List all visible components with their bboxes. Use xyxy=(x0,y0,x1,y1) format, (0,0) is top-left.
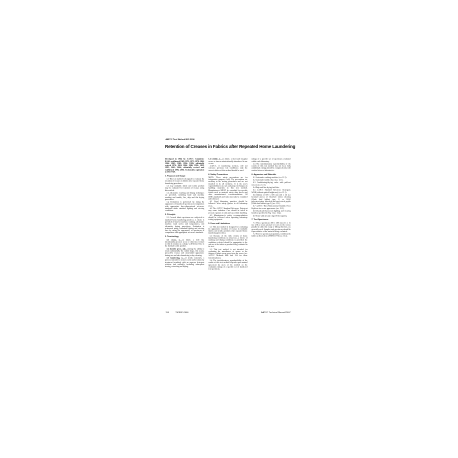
column-2: 3.4 wrinkle, n.—in fabric, a short and i… xyxy=(208,158,247,308)
document-canvas: AATCC Test Method 88C-2006 Retention of … xyxy=(0,0,458,458)
paragraph: 4.3 Manufacturer's safety recommendation… xyxy=(208,214,247,220)
document-page: AATCC Test Method 88C-2006 Retention of … xyxy=(165,138,291,317)
paragraph: 4.1 Good laboratory practices should be … xyxy=(208,200,247,206)
paragraph: 4.2 The AATCC Standard Reference Deterge… xyxy=(208,207,247,213)
paragraph: 5.3 This test method is not intended for… xyxy=(208,248,247,259)
section-heading: 3. Terminology xyxy=(165,236,204,238)
paragraph: 3.4 wrinkle, n.—in fabric, a short and i… xyxy=(208,158,247,164)
section-heading: 6. Apparatus and Materials xyxy=(252,173,291,175)
paragraph: 6.3 Conditioning/drying racks with pull-… xyxy=(252,182,291,186)
paragraph: 1.2 Any washable fabric and textile prod… xyxy=(165,185,204,191)
paragraph: 7.1 Three specimens 380 x 380 mm (15 x 1… xyxy=(252,222,291,233)
paragraph: Developed in 1964 by AATCC Committee RA6… xyxy=(165,158,204,173)
defined-term: 3.4 wrinkle, n.— xyxy=(208,158,222,160)
column-1: Developed in 1964 by AATCC Committee RA6… xyxy=(165,158,204,308)
paragraph: 7.2 Prior to specimen preparation, condi… xyxy=(252,233,291,237)
defined-term: 3.2 durable press, adj.— xyxy=(167,247,188,249)
paragraph: 6.6 Ballast of 920 x 920 mm (36 x 36 in.… xyxy=(252,194,291,205)
paragraph: 5.2 Because of the wide variety of home … xyxy=(208,235,247,248)
text-columns: Developed in 1964 by AATCC Committee RA6… xyxy=(165,158,291,308)
page-title: Retention of Creases in Fabrics after Re… xyxy=(165,144,291,149)
document-footer: 114 TM 88C-2006 AATCC Technical Manual/2… xyxy=(165,311,291,314)
paragraph: AATCC, if considering revision, will not… xyxy=(208,165,247,171)
footer-page-number: 114 xyxy=(166,311,169,314)
paragraph: 1.4 Evaluation is performed by rating th… xyxy=(165,201,204,212)
section-heading: 2. Principle xyxy=(165,213,204,215)
paragraph: 1.3 Alternative washing and drying techn… xyxy=(165,192,204,201)
paragraph: 5.4 The interlaboratory reproducibility … xyxy=(208,259,247,270)
section-heading: 1. Purpose and Scope xyxy=(165,175,204,177)
paragraph: 6.9 Scale with at least 5 kg (10 lb) cap… xyxy=(252,215,291,217)
defined-term: 3.3 laundering, n.— xyxy=(167,257,185,259)
section-heading: 4. Safety Precautions xyxy=(208,173,247,175)
paragraph: 3.2 durable press, adj.—having the abili… xyxy=(165,248,204,257)
footer-doc-number: TM 88C-2006 xyxy=(175,311,188,314)
paragraph: 5.5 The interlaboratory reproducibility … xyxy=(252,163,291,172)
paragraph: 3.1 crease, n.—in fabric, a fold line in… xyxy=(165,239,204,248)
footer-manual-title: AATCC Technical Manual/2007 xyxy=(261,311,290,314)
paragraph: 3.3 laundering, n.—of textile materials,… xyxy=(165,257,204,268)
column-3: ratings of a specific set of specimens e… xyxy=(252,158,291,308)
paragraph: 2.1 Creased fabric specimens are subject… xyxy=(165,217,204,234)
defined-term: 3.1 crease, n.— xyxy=(167,238,183,240)
paragraph: NOTE: These safety precautions are for i… xyxy=(208,176,247,200)
section-heading: 5. Uses and Limitations xyxy=(208,223,247,225)
document-header: AATCC Test Method 88C-2006 xyxy=(166,138,292,140)
paragraph: 1.1 This test method is designed to eval… xyxy=(165,178,204,184)
paragraph: 5.1 This test method is designed for eva… xyxy=(208,226,247,235)
section-heading: 7. Test Specimens xyxy=(252,219,291,221)
